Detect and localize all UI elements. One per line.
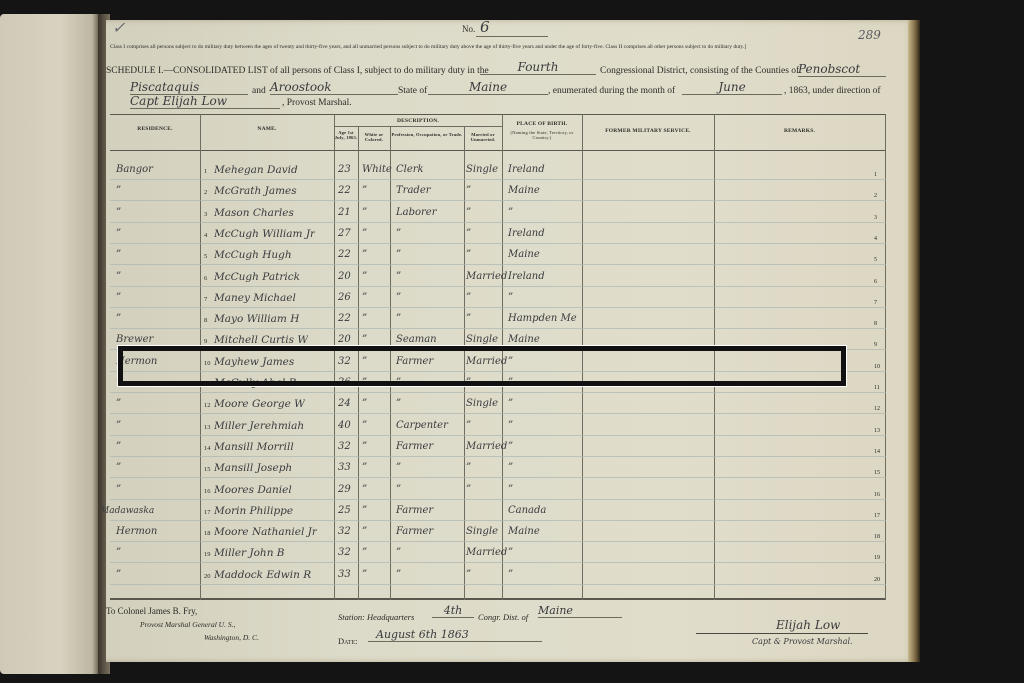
enumerated-label: , enumerated during the month of [548,86,675,96]
name-cell: Moores Daniel [214,484,292,496]
district-field: Fourth [480,60,596,75]
col-name: NAME. [200,126,334,133]
name-cell: Mansill Joseph [214,462,292,474]
row-rule [110,222,886,223]
birth-cell: Ireland [508,271,545,283]
married-cell: ” [466,292,471,304]
check-mark: ✓ [112,18,125,37]
signature-title: Capt & Provost Marshal. [752,637,853,646]
residence-cell: ” [116,441,121,453]
date-label: Date: [338,636,358,646]
age-cell: 21 [338,207,351,219]
age-cell: 27 [338,228,351,240]
birth-cell: ” [508,398,513,410]
row-rule [110,520,886,521]
residence-cell: ” [116,271,121,283]
age-cell: 32 [338,441,351,453]
line-number: 15 [874,470,880,476]
row-index: 2 [204,189,207,196]
line-number: 7 [874,300,877,306]
col-military: FORMER MILITARY SERVICE. [582,128,714,135]
married-cell: Single [466,526,498,538]
residence-cell: ” [116,420,121,432]
row-rule [110,307,886,308]
birth-cell: Ireland [508,164,545,176]
row-rule [110,541,886,542]
row-index: 12 [204,402,211,409]
line-number: 20 [874,577,880,583]
birth-cell: Canada [508,505,546,517]
to-place: Washington, D. C. [204,633,259,642]
row-index: 13 [204,424,211,431]
age-cell: 33 [338,569,351,581]
col-married: Married or Unmarried. [464,132,502,143]
col-divider [885,114,886,600]
station-label: Station: Headquarters [338,612,414,622]
row-rule [110,584,886,585]
color-cell: ” [362,484,367,496]
age-cell: 22 [338,185,351,197]
age-cell: 20 [338,334,351,346]
married-cell: Single [466,164,498,176]
month-field: June [682,80,782,95]
age-cell: 33 [338,462,351,474]
col-remarks: REMARKS. [714,128,885,135]
row-rule [110,179,886,180]
year-text: , 1863, under direction of [784,86,881,96]
profession-cell: ” [396,569,401,581]
age-cell: 25 [338,505,351,517]
line-number: 4 [874,236,877,242]
row-index: 15 [204,466,211,473]
color-cell: ” [362,334,367,346]
profession-cell: ” [396,462,401,474]
line-number: 1 [874,172,877,178]
married-cell: ” [466,420,471,432]
color-cell: ” [362,249,367,261]
married-cell: ” [466,228,471,240]
age-cell: 22 [338,313,351,325]
color-cell: ” [362,547,367,559]
residence-cell: ” [116,484,121,496]
to-title: Provost Marshal General U. S., [140,620,235,629]
profession-cell: ” [396,228,401,240]
color-cell: ” [362,292,367,304]
signature-line [696,633,868,634]
name-cell: Mayo William H [214,313,299,325]
married-cell: Single [466,334,498,346]
birth-cell: Maine [508,185,540,197]
birth-cell: ” [508,569,513,581]
birth-cell: ” [508,292,513,304]
birth-cell: Ireland [508,228,545,240]
profession-cell: Farmer [396,505,433,517]
line-number: 2 [874,193,877,199]
color-cell: ” [362,228,367,240]
profession-cell: Laborer [396,207,437,219]
col-birth-sub: (Naming the State, Territory, or Country… [502,130,582,141]
row-rule [110,477,886,478]
line-number: 13 [874,428,880,434]
age-cell: 32 [338,526,351,538]
color-cell: ” [362,505,367,517]
row-index: 19 [204,551,211,558]
color-cell: ” [362,526,367,538]
row-index: 8 [204,317,207,324]
line-number: 9 [874,342,877,348]
left-page [0,14,100,674]
name-cell: Moore Nathaniel Jr [214,526,317,538]
birth-cell: ” [508,441,513,453]
date-value: August 6th 1863 [368,628,542,642]
station-mid: Congr. Dist. of [478,612,528,622]
color-cell: ” [362,420,367,432]
name-cell: McGrath James [214,185,297,197]
married-cell: ” [466,249,471,261]
county-1: Penobscot [798,62,886,77]
residence-cell: ” [116,249,121,261]
schedule-title: SCHEDULE I.—CONSOLIDATED LIST of all per… [106,66,489,76]
married-cell: ” [466,313,471,325]
to-line: To Colonel James B. Fry, [106,606,197,616]
row-index: 4 [204,232,207,239]
age-cell: 29 [338,484,351,496]
line-number: 19 [874,555,880,561]
married-cell: Married [466,441,507,453]
row-index: 14 [204,445,211,452]
married-cell: ” [466,462,471,474]
name-cell: Maney Michael [214,292,296,304]
col-residence: RESIDENCE. [110,126,200,133]
marshal-label: , Provost Marshal. [282,98,352,108]
row-rule [110,243,886,244]
row-rule [110,286,886,287]
profession-cell: Carpenter [396,420,448,432]
row-rule [110,456,886,457]
row-index: 7 [204,296,207,303]
color-cell: ” [362,313,367,325]
line-number: 14 [874,449,880,455]
line-number: 17 [874,513,880,519]
profession-cell: Trader [396,185,431,197]
class-note: Class I comprises all persons subject to… [110,44,910,50]
signature: Elijah Low [776,618,840,632]
name-cell: Miller John B [214,547,285,559]
line-number: 5 [874,257,877,263]
line-number: 12 [874,406,880,412]
age-cell: 23 [338,164,351,176]
age-cell: 32 [338,547,351,559]
name-cell: Maddock Edwin R [214,569,311,581]
line-number: 6 [874,279,877,285]
color-cell: ” [362,207,367,219]
profession-cell: Farmer [396,441,433,453]
color-cell: ” [362,271,367,283]
color-cell: ” [362,441,367,453]
name-cell: Miller Jerehmiah [214,420,304,432]
married-cell: ” [466,484,471,496]
age-cell: 26 [338,292,351,304]
number-value: 6 [476,18,548,37]
profession-cell: Farmer [396,526,433,538]
row-rule [110,200,886,201]
name-cell: Morin Philippe [214,505,293,517]
page-edge [908,20,920,662]
name-cell: Mason Charles [214,207,294,219]
age-cell: 24 [338,398,351,410]
residence-cell: ” [116,292,121,304]
age-cell: 22 [338,249,351,261]
birth-cell: ” [508,547,513,559]
married-cell: Married [466,547,507,559]
color-cell: ” [362,398,367,410]
married-cell: ” [466,185,471,197]
state-field: Maine [428,80,548,95]
color-cell: ” [362,569,367,581]
row-index: 5 [204,253,207,260]
age-cell: 40 [338,420,351,432]
row-index: 6 [204,275,207,282]
residence-cell: ” [116,185,121,197]
name-cell: Mehegan David [214,164,298,176]
residence-cell: ” [116,228,121,240]
residence-cell: ” [116,313,121,325]
line-number: 18 [874,534,880,540]
name-cell: McCugh Patrick [214,271,300,283]
residence-cell: Bangor [116,164,153,176]
col-color: White or Colored. [358,132,390,143]
color-cell: ” [362,185,367,197]
birth-cell: ” [508,207,513,219]
color-cell: White [362,164,392,176]
table-bottom-border [110,598,886,600]
name-cell: Mitchell Curtis W [214,334,308,346]
number-label: No. [462,24,475,34]
row-index: 17 [204,509,211,516]
married-cell: ” [466,207,471,219]
married-cell: Married [466,271,507,283]
line-number: 10 [874,364,880,370]
station-district: 4th [432,604,474,618]
row-index: 1 [204,168,207,175]
residence-cell: Hermon [116,526,157,538]
row-rule [110,328,886,329]
married-cell: ” [466,569,471,581]
name-cell: McCugh Hugh [214,249,292,261]
residence-cell: ” [116,462,121,474]
profession-cell: ” [396,249,401,261]
row-rule [110,435,886,436]
residence-cell: Madawaska [100,505,154,517]
header-bottom-border [110,150,886,151]
residence-cell: ” [116,398,121,410]
name-cell: Mansill Morrill [214,441,294,453]
row-rule [110,499,886,500]
birth-cell: Maine [508,526,540,538]
row-rule [110,413,886,414]
profession-cell: ” [396,484,401,496]
profession-cell: ” [396,292,401,304]
county-2: Piscataquis [130,80,248,95]
profession-cell: ” [396,271,401,283]
row-rule [110,264,886,265]
col-age: Age 1st July, 1863. [334,130,358,141]
line-number: 11 [874,385,880,391]
row-index: 16 [204,488,211,495]
row-index: 3 [204,211,207,218]
residence-cell: ” [116,547,121,559]
table-top-border [110,114,886,115]
row-index: 9 [204,338,207,345]
row-index: 20 [204,573,211,580]
profession-cell: ” [396,398,401,410]
birth-cell: ” [508,484,513,496]
col-profession: Profession, Occupation, or Trade. [390,132,464,137]
profession-cell: ” [396,313,401,325]
birth-cell: Hampden Me [508,313,577,325]
profession-cell: Clerk [396,164,424,176]
description-divider [334,126,502,127]
name-cell: Moore George W [214,398,305,410]
row-rule [110,392,886,393]
row-index: 18 [204,530,211,537]
color-cell: ” [362,462,367,474]
birth-cell: Maine [508,334,540,346]
line-number: 3 [874,215,877,221]
name-cell: McCugh William Jr [214,228,315,240]
profession-cell: Seaman [396,334,437,346]
age-cell: 20 [338,271,351,283]
state-label: State of [398,86,427,96]
birth-cell: ” [508,420,513,432]
married-cell: Single [466,398,498,410]
birth-cell: ” [508,462,513,474]
highlighted-row-10 [118,346,846,386]
col-birth: PLACE OF BIRTH. [502,121,582,128]
line-number: 16 [874,492,880,498]
line-number: 8 [874,321,877,327]
marshal-name: Capt Elijah Low [130,94,280,109]
residence-cell: ” [116,207,121,219]
county-3: Aroostook [270,80,398,95]
row-rule [110,562,886,563]
residence-cell: ” [116,569,121,581]
station-state: Maine [538,604,622,618]
residence-cell: Brewer [116,334,153,346]
district-suffix: Congressional District, consisting of th… [600,66,799,76]
profession-cell: ” [396,547,401,559]
col-description: DESCRIPTION. [334,118,502,125]
birth-cell: Maine [508,249,540,261]
page-number: 289 [858,28,881,42]
